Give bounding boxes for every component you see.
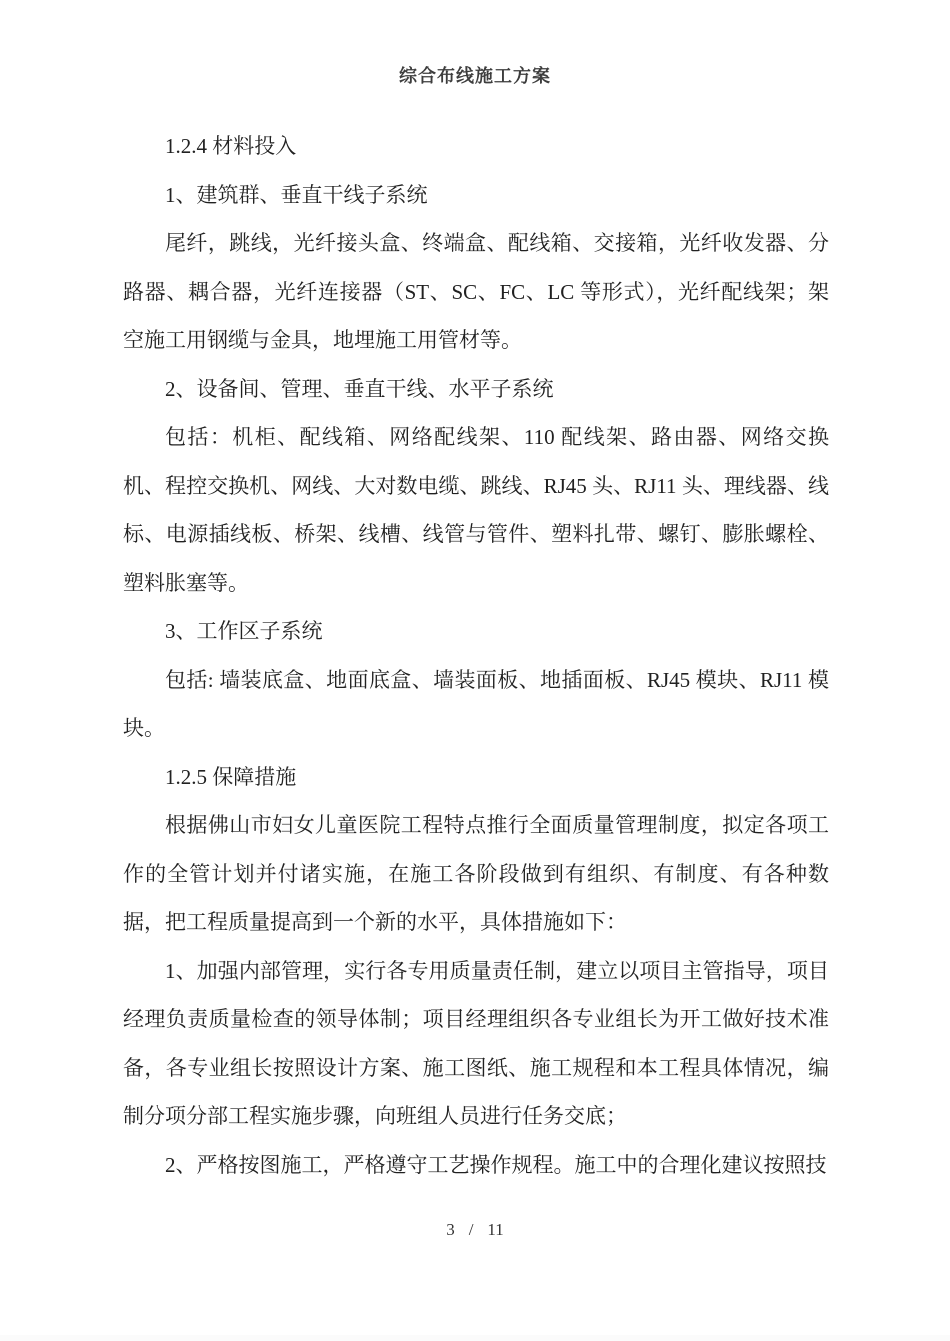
paragraph: 2、设备间、管理、垂直干线、水平子系统 bbox=[123, 365, 829, 414]
paragraph: 2、严格按图施工，严格遵守工艺操作规程。施工中的合理化建议按照技 bbox=[123, 1141, 829, 1190]
section-heading: 1.2.5 保障措施 bbox=[123, 753, 829, 802]
paragraph: 1、建筑群、垂直干线子系统 bbox=[123, 171, 829, 220]
page-footer: 3/11 bbox=[0, 1220, 950, 1240]
paragraph: 3、工作区子系统 bbox=[123, 607, 829, 656]
page-bottom-edge bbox=[0, 1335, 950, 1341]
paragraph: 尾纤，跳线，光纤接头盒、终端盒、配线箱、交接箱，光纤收发器、分路器、耦合器，光纤… bbox=[123, 219, 829, 365]
document-header-title: 综合布线施工方案 bbox=[0, 62, 950, 88]
page-number-current: 3 bbox=[446, 1220, 455, 1240]
paragraph: 根据佛山市妇女儿童医院工程特点推行全面质量管理制度，拟定各项工作的全管计划并付诸… bbox=[123, 801, 829, 947]
paragraph: 1、加强内部管理，实行各专用质量责任制，建立以项目主管指导，项目经理负责质量检查… bbox=[123, 947, 829, 1141]
paragraph: 包括: 墙装底盒、地面底盒、墙装面板、地插面板、RJ45 模块、RJ11 模块。 bbox=[123, 656, 829, 753]
paragraph: 包括：机柜、配线箱、网络配线架、110 配线架、路由器、网络交换机、程控交换机、… bbox=[123, 413, 829, 607]
section-heading: 1.2.4 材料投入 bbox=[123, 122, 829, 171]
page-number-separator: / bbox=[469, 1220, 474, 1240]
page-number-total: 11 bbox=[487, 1220, 503, 1240]
document-page: 综合布线施工方案 1.2.4 材料投入1、建筑群、垂直干线子系统尾纤，跳线，光纤… bbox=[0, 0, 950, 1341]
document-body: 1.2.4 材料投入1、建筑群、垂直干线子系统尾纤，跳线，光纤接头盒、终端盒、配… bbox=[123, 122, 829, 1189]
